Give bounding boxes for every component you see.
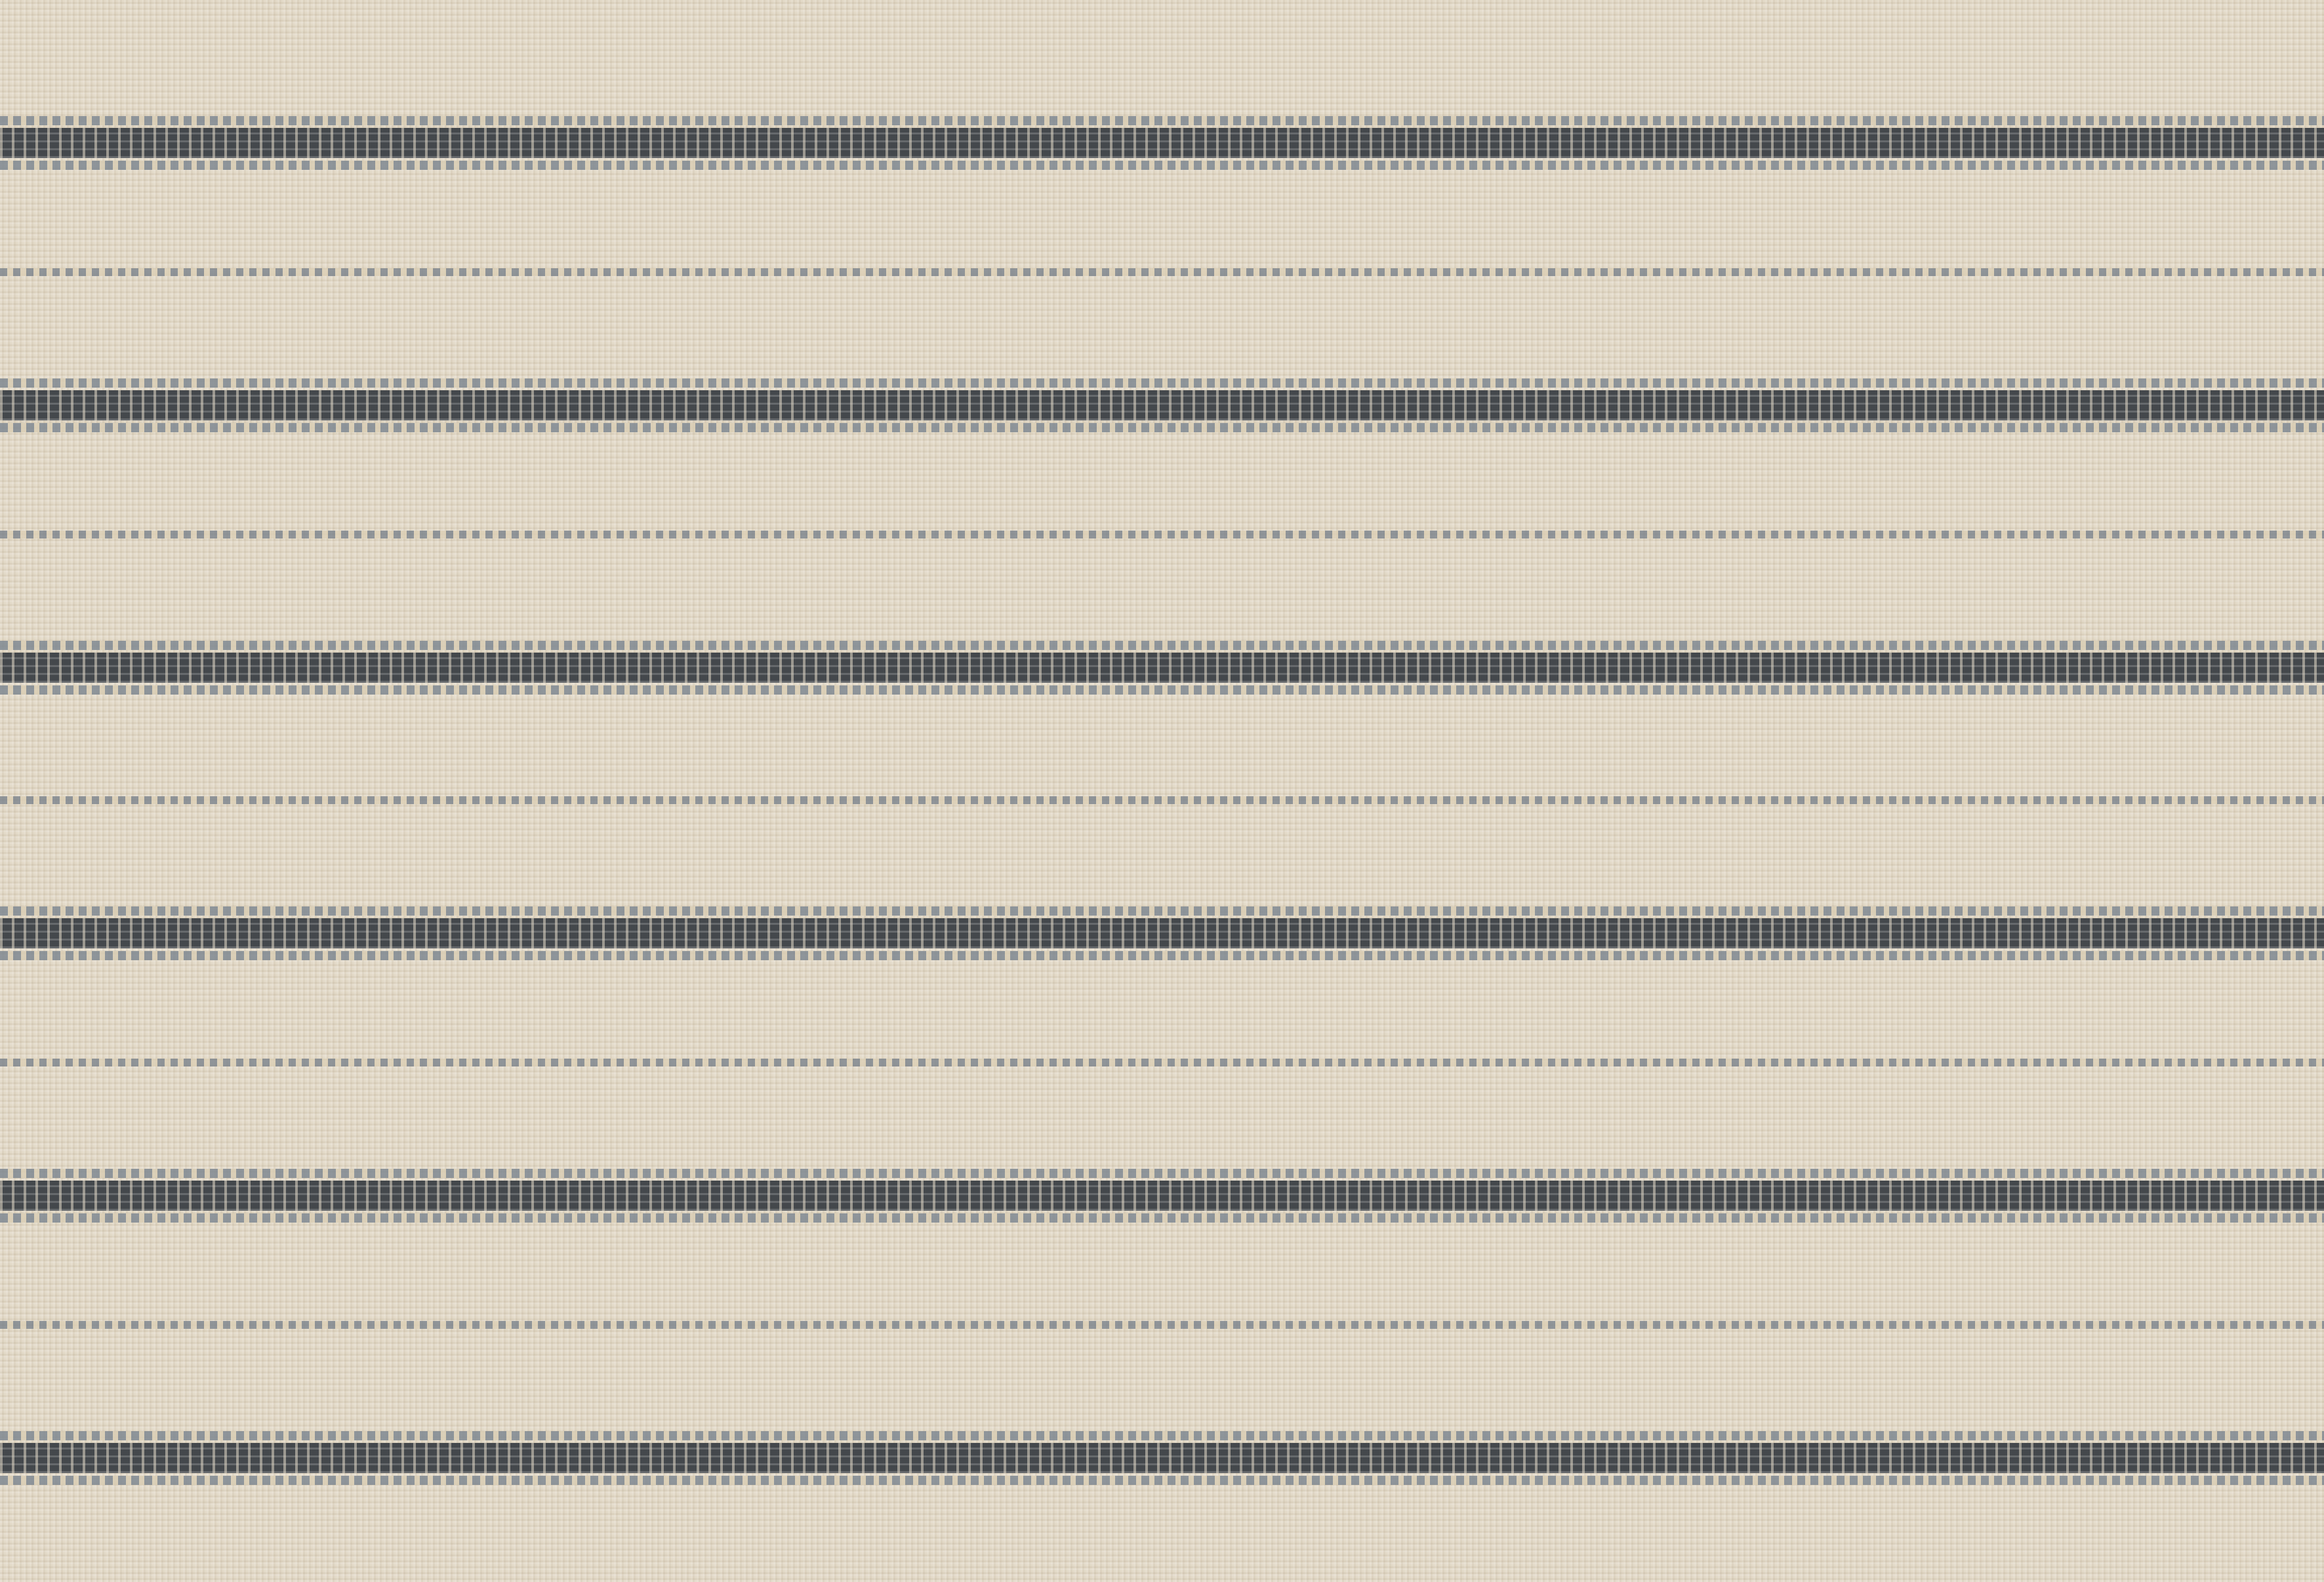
pinstripe (0, 1059, 2324, 1066)
stripe-edge-lower (0, 685, 2324, 695)
pinstripe (0, 531, 2324, 538)
stripe-edge-upper (0, 641, 2324, 650)
thick-dark-stripe (0, 1443, 2324, 1473)
pinstripe (0, 1321, 2324, 1329)
thick-dark-stripe (0, 918, 2324, 948)
stripe-edge-lower (0, 423, 2324, 432)
pinstripe (0, 796, 2324, 804)
stripe-edge-upper (0, 116, 2324, 125)
thick-dark-stripe (0, 390, 2324, 420)
thick-dark-stripe (0, 653, 2324, 683)
stripe-edge-lower (0, 951, 2324, 960)
striped-fabric-texture (0, 0, 2324, 1582)
thick-dark-stripe (0, 1181, 2324, 1211)
stripe-edge-lower (0, 1213, 2324, 1223)
pinstripe (0, 268, 2324, 276)
stripe-edge-lower (0, 161, 2324, 170)
thick-dark-stripe (0, 128, 2324, 158)
stripe-edge-upper (0, 906, 2324, 916)
stripe-edge-upper (0, 1169, 2324, 1178)
stripe-edge-upper (0, 1431, 2324, 1440)
stripe-edge-lower (0, 1476, 2324, 1485)
stripe-edge-upper (0, 378, 2324, 388)
